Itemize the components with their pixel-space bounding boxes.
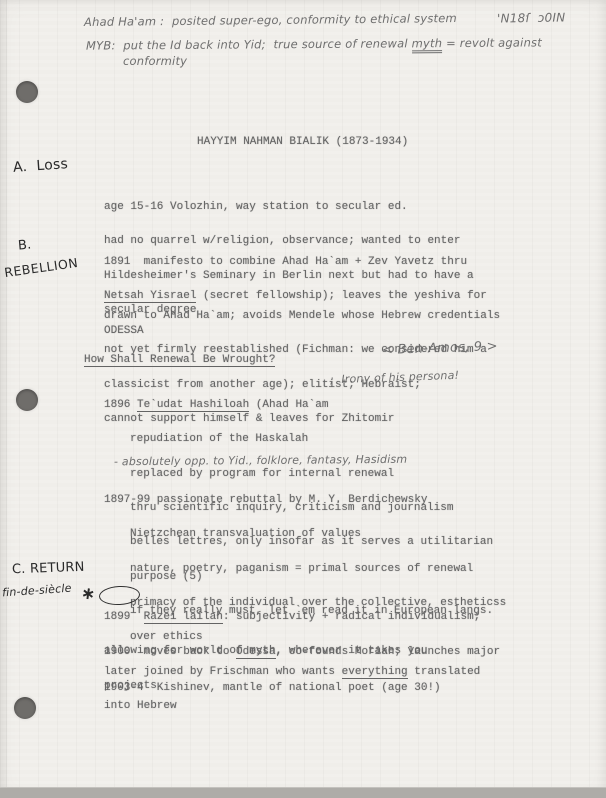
hole-punch-bottom — [14, 697, 36, 719]
text-part: 1900 moves back to — [104, 646, 236, 658]
section-heading-renewal: How Shall Renewal Be Wrought? — [84, 355, 275, 366]
margin-note-fin-de-siecle: fin-de-siècle — [2, 582, 72, 600]
typed-line: 1903-4 Kishinev, mantle of national poet… — [104, 683, 441, 694]
hole-punch-top — [16, 81, 38, 103]
margin-note-rebellion: REBELLION — [3, 255, 79, 280]
text-part — [130, 611, 143, 623]
typed-line: 1896 Te`udat Hashiloah (Ahad Ha`am — [104, 400, 493, 411]
underlined-odessa: Odessa — [236, 646, 276, 659]
margin-note-b: B. — [17, 237, 32, 253]
annotation-conformity: conformity — [123, 54, 187, 68]
text-part: : subjectivity + radical individualism; — [223, 611, 480, 623]
typed-line: 1897-99 passionate rebuttal by M. Y. Ber… — [104, 495, 506, 506]
typed-line: 1891 manifesto to combine Ahad Ha`am + Z… — [104, 257, 487, 268]
annotation-myb-underlined: myth — [412, 36, 443, 53]
underlined-teudat-hashiloah: Te`udat Hashiloah — [137, 399, 249, 412]
underlined-razei-lailah: Razei lailah — [144, 611, 223, 624]
circled-year-1899: 1899 — [104, 611, 130, 623]
text-part: , co-founds Moriah; launches major — [276, 646, 500, 658]
typed-line: repudiation of the Haskalah — [104, 434, 493, 445]
typed-line: nature, poetry, paganism = primal source… — [104, 564, 506, 575]
heading-text: How Shall Renewal Be Wrought? — [84, 354, 275, 367]
page-bottom-edge — [0, 787, 606, 798]
typed-line: Nietzchean transvaluation of values — [104, 529, 506, 540]
typed-line: 1900 moves back to Odessa, co-founds Mor… — [104, 647, 500, 658]
section-1903-4: 1903-4 Kishinev, mantle of national poet… — [104, 660, 441, 717]
typed-line: age 15-16 Volozhin, way station to secul… — [104, 202, 474, 213]
annotation-hebrew-scribble: 'N18ſ ɔ0IN — [497, 10, 566, 25]
asterisk-handmark-icon: ∗ — [80, 583, 97, 605]
annotation-myb-post: = revolt against — [442, 35, 542, 50]
typed-line: drawn to Ahad Ha`am; avoids Mendele whos… — [104, 311, 500, 322]
page-title: HAYYIM NAHMAN BIALIK (1873-1934) — [197, 137, 408, 148]
hole-punch-middle — [16, 389, 38, 411]
annotation-myb-pre: MYB: put the Id back into Yid; true sour… — [86, 36, 412, 52]
page-left-edge — [0, 0, 7, 798]
annotation-ahad-haam: Ahad Ha'am : posited super-ego, conformi… — [84, 11, 457, 29]
annotation-myb: MYB: put the Id back into Yid; true sour… — [86, 35, 542, 52]
text-part: (Ahad Ha`am — [249, 399, 328, 411]
margin-note-a-loss: A. Loss — [13, 156, 69, 176]
scanned-document-page: Ahad Ha'am : posited super-ego, conformi… — [0, 0, 606, 798]
margin-note-c-return: C. RETURN — [12, 560, 85, 578]
annotation-absolutely-opposed: - absolutely opp. to Yid., folklore, fan… — [114, 453, 407, 469]
typed-line: 1899 Razei lailah: subjectivity + radica… — [104, 612, 480, 623]
text-part: 1896 — [104, 399, 137, 411]
